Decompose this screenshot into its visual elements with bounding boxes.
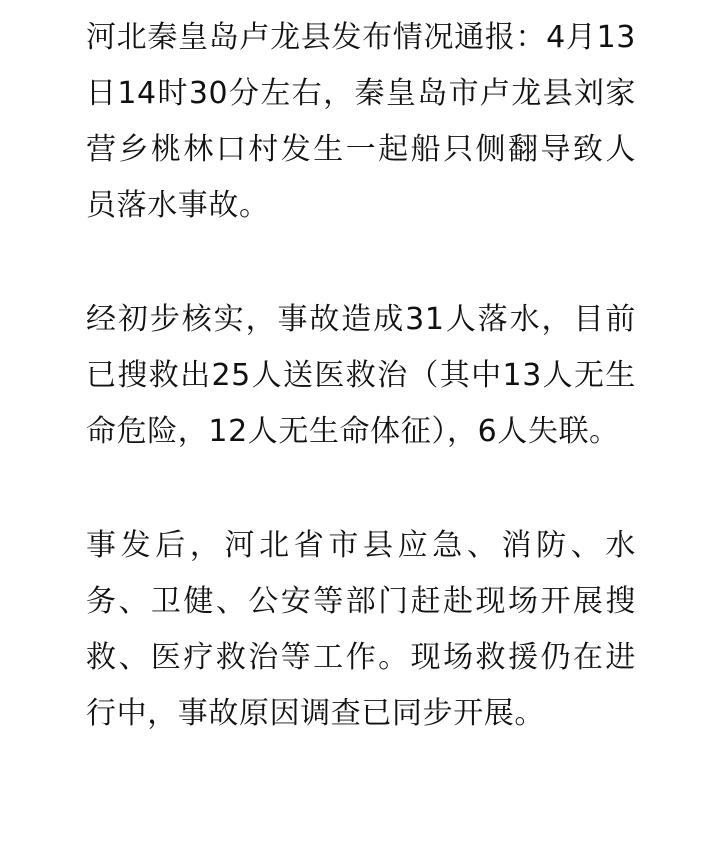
paragraph-rescue-response: 事发后，河北省市县应急、消防、水务、卫健、公安等部门赶赴现场开展搜救、医疗救治等… bbox=[86, 518, 636, 742]
paragraph-incident-report: 河北秦皇岛卢龙县发布情况通报：4月13日14时30分左右，秦皇岛市卢龙县刘家营乡… bbox=[86, 10, 636, 234]
paragraph-casualty-count: 经初步核实，事故造成31人落水，目前已搜救出25人送医救治（其中13人无生命危险… bbox=[86, 292, 636, 460]
news-article: 河北秦皇岛卢龙县发布情况通报：4月13日14时30分左右，秦皇岛市卢龙县刘家营乡… bbox=[86, 10, 636, 742]
